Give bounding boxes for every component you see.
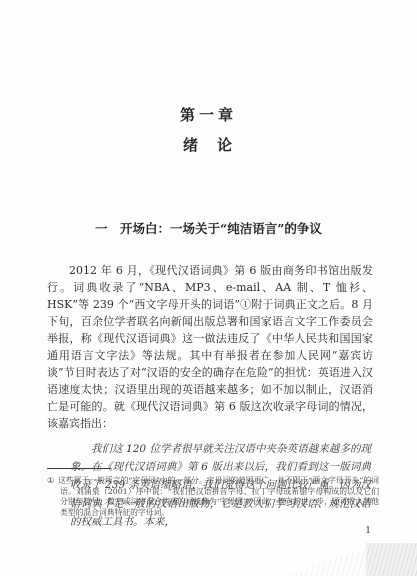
chapter-title: 绪 论 [0,134,417,155]
footnote-rule [47,468,111,469]
book-page: 第一章 绪 论 一 开场白：一场关于“纯洁语言”的争议 2012 年 6 月，《… [0,0,417,576]
paragraph: 2012 年 6 月，《现代汉语词典》第 6 版由商务印书馆出版发行。词典收录了… [47,262,373,432]
footnote-block: ①这些属于一般所言的“字母词”中的一部分。字母词的范围更广，并不限于“西文字母开… [47,468,379,518]
footnote: ①这些属于一般所言的“字母词”中的一部分。字母词的范围更广，并不限于“西文字母开… [47,476,379,518]
page-number: 1 [365,526,371,536]
corner-watermark-pattern [287,548,367,576]
footnote-marker: ① [47,476,54,485]
body-text: 2012 年 6 月，《现代汉语词典》第 6 版由商务印书馆出版发行。词典收录了… [47,262,373,432]
section-heading: 一 开场白：一场关于“纯洁语言”的争议 [0,219,417,237]
footnote-text: 这些属于一般所言的“字母词”中的一部分。字母词的范围更广，并不限于“西文字母开头… [58,476,379,517]
corner-watermark-pattern [366,543,417,576]
chapter-label: 第一章 [0,104,417,125]
